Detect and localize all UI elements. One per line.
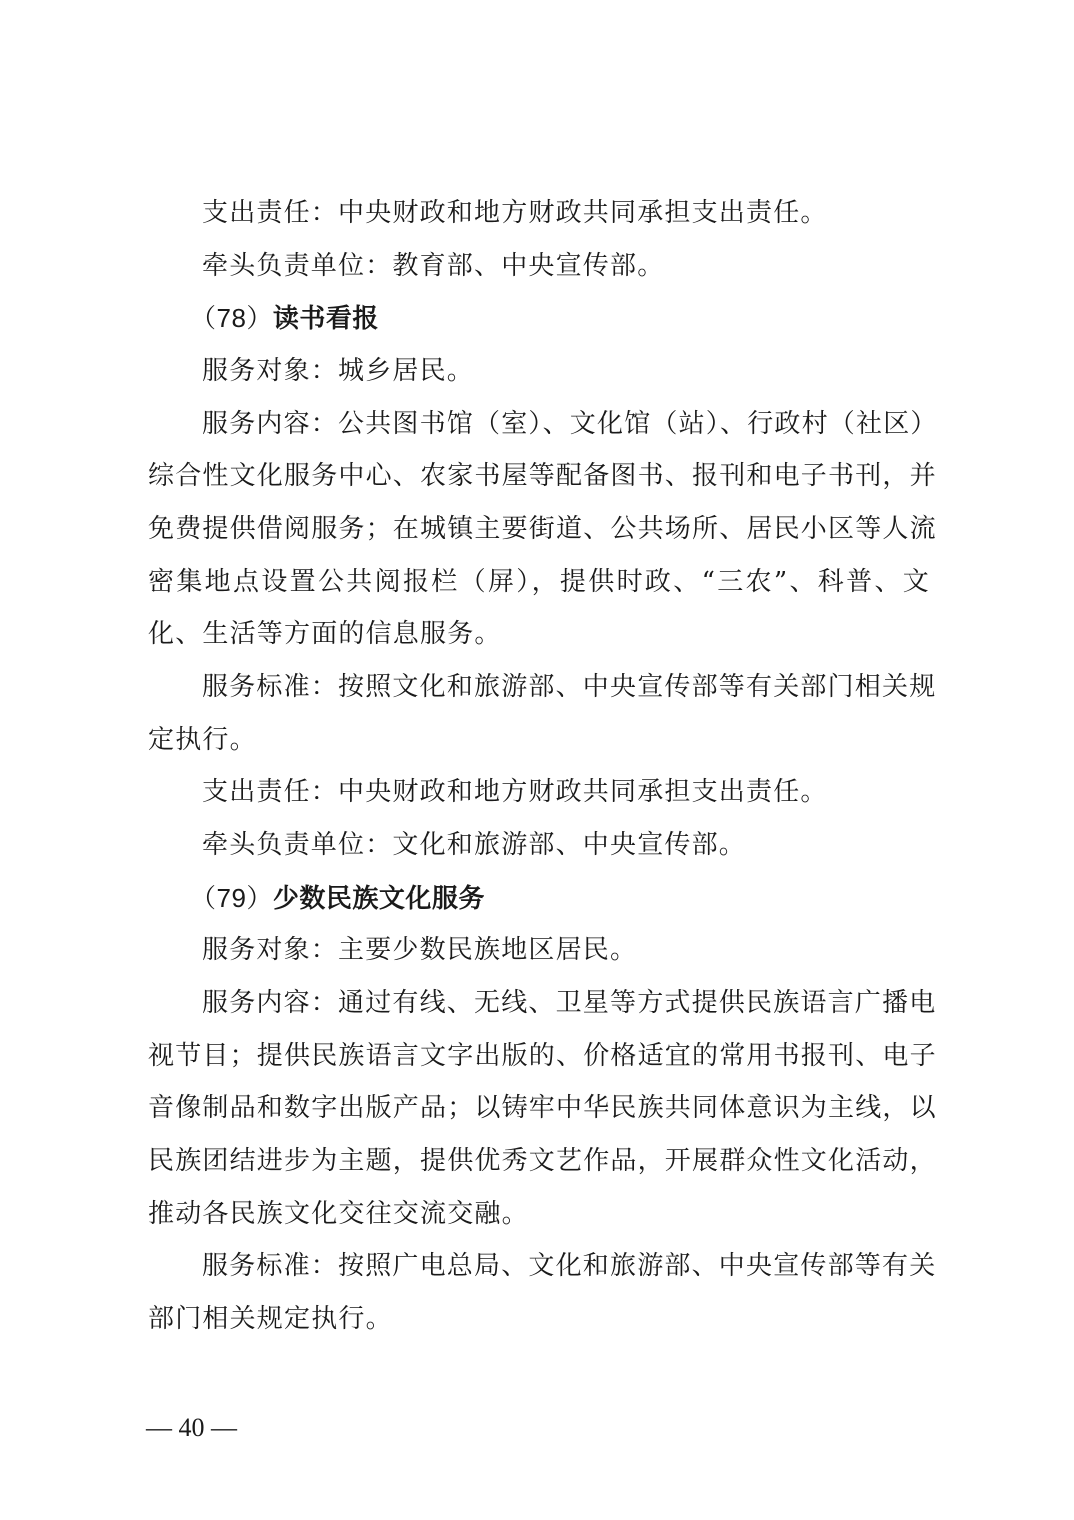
page-number: — 40 — (146, 1408, 237, 1448)
section-title-78: 读书看报 (273, 304, 379, 334)
service-content-79-line-1: 服务内容：通过有线、无线、卫星等方式提供民族语言广播电 (202, 983, 930, 1023)
service-target-79: 服务对象：主要少数民族地区居民。 (202, 930, 930, 970)
service-content-78-line-1: 服务内容：公共图书馆（室）、文化馆（站）、行政村（社区） (202, 404, 930, 444)
service-content-78-line-4: 密集地点设置公共阅报栏（屏），提供时政、“三农”、科普、文 (148, 562, 930, 602)
section-heading-78: （78）读书看报 (190, 298, 379, 338)
service-standard-78-line-1: 服务标准：按照文化和旅游部、中央宣传部等有关部门相关规 (202, 667, 930, 707)
service-content-79-line-4: 民族团结进步为主题，提供优秀文艺作品，开展群众性文化活动， (148, 1141, 930, 1181)
service-content-79-line-5: 推动各民族文化交往交流交融。 (148, 1194, 930, 1234)
section-title-79: 少数民族文化服务 (273, 884, 485, 914)
document-page: 支出责任：中央财政和地方财政共同承担支出责任。 牵头负责单位：教育部、中央宣传部… (0, 0, 1074, 1520)
expense-responsibility-78: 支出责任：中央财政和地方财政共同承担支出责任。 (202, 772, 930, 812)
service-content-78-line-5: 化、生活等方面的信息服务。 (148, 614, 930, 654)
service-content-78-line-3: 免费提供借阅服务；在城镇主要街道、公共场所、居民小区等人流 (148, 509, 930, 549)
service-standard-78-line-2: 定执行。 (148, 720, 930, 760)
lead-unit-77: 牵头负责单位：教育部、中央宣传部。 (202, 246, 930, 286)
service-content-79-line-2: 视节目；提供民族语言文字出版的、价格适宜的常用书报刊、电子 (148, 1036, 930, 1076)
service-standard-79-line-2: 部门相关规定执行。 (148, 1299, 930, 1339)
service-target-78: 服务对象：城乡居民。 (202, 351, 930, 391)
service-content-78-line-2: 综合性文化服务中心、农家书屋等配备图书、报刊和电子书刊，并 (148, 456, 930, 496)
expense-responsibility-77: 支出责任：中央财政和地方财政共同承担支出责任。 (202, 193, 930, 233)
section-heading-79: （79）少数民族文化服务 (190, 878, 485, 918)
service-standard-79-line-1: 服务标准：按照广电总局、文化和旅游部、中央宣传部等有关 (202, 1246, 930, 1286)
service-content-79-line-3: 音像制品和数字出版产品；以铸牢中华民族共同体意识为主线，以 (148, 1088, 930, 1128)
section-number-79: （79） (190, 883, 273, 913)
lead-unit-78: 牵头负责单位：文化和旅游部、中央宣传部。 (202, 825, 930, 865)
section-number-78: （78） (190, 303, 273, 333)
